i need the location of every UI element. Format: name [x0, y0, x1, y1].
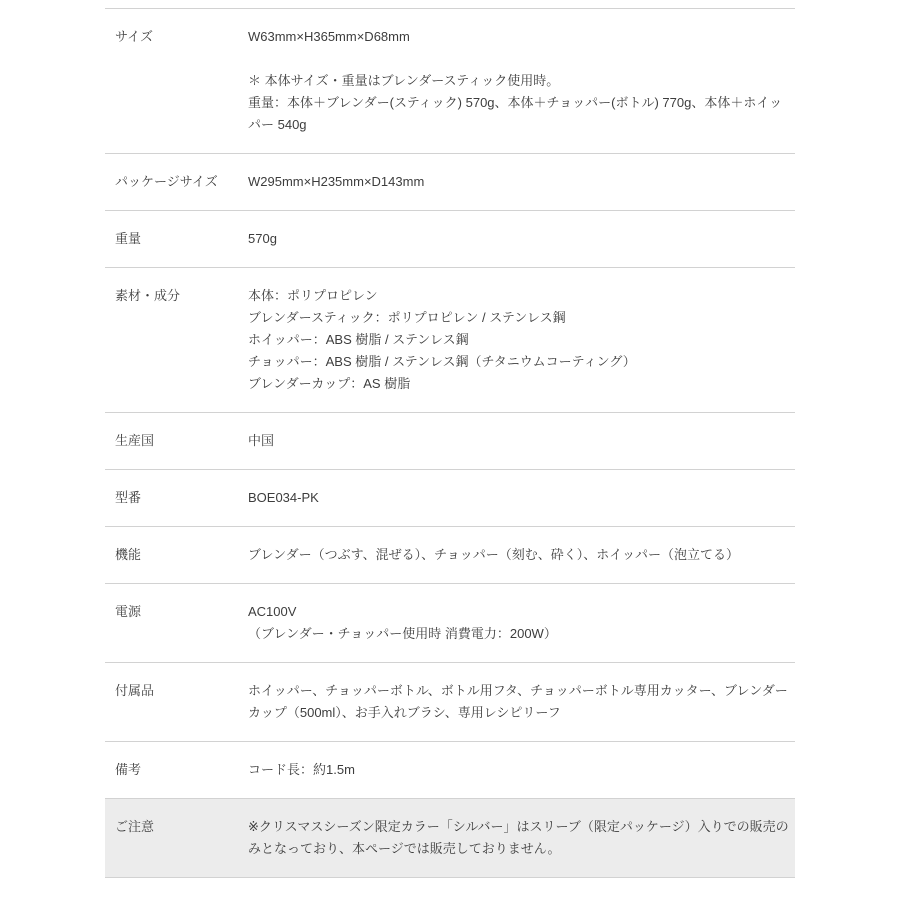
spec-label: ご注意 — [105, 816, 248, 838]
spec-row: 重量 570g — [105, 211, 795, 268]
spec-value-line: ※クリスマスシーズン限定カラー「シルバー」はスリーブ（限定パッケージ）入りでの販… — [248, 816, 793, 860]
spec-value-line: ブレンダーカップ：AS 樹脂 — [248, 373, 793, 395]
spec-label: 生産国 — [105, 430, 248, 452]
spec-row: ご注意 ※クリスマスシーズン限定カラー「シルバー」はスリーブ（限定パッケージ）入… — [105, 799, 795, 878]
spec-row: 電源 AC100V（ブレンダー・チョッパー使用時 消費電力：200W） — [105, 584, 795, 663]
spec-value-line: BOE034-PK — [248, 487, 793, 509]
spec-label: 電源 — [105, 601, 248, 623]
spec-label: 機能 — [105, 544, 248, 566]
spec-value: W63mm×H365mm×D68mm ＊ 本体サイズ・重量はブレンダースティック… — [248, 26, 795, 136]
spec-value-line: ホイッパー、チョッパーボトル、ボトル用フタ、チョッパーボトル専用カッター、ブレン… — [248, 680, 793, 724]
spec-value-line: 重量：本体＋ブレンダー(スティック) 570g、本体＋チョッパー(ボトル) 77… — [248, 92, 793, 136]
spec-row: 素材・成分 本体：ポリプロピレンブレンダースティック：ポリプロピレン / ステン… — [105, 268, 795, 413]
spec-value: AC100V（ブレンダー・チョッパー使用時 消費電力：200W） — [248, 601, 795, 645]
spec-value-line: チョッパー：ABS 樹脂 / ステンレス鋼（チタニウムコーティング） — [248, 351, 793, 373]
spec-row: 機能 ブレンダー（つぶす、混ぜる）、チョッパー（刻む、砕く）、ホイッパー（泡立て… — [105, 527, 795, 584]
spec-row: サイズ W63mm×H365mm×D68mm ＊ 本体サイズ・重量はブレンダース… — [105, 9, 795, 154]
spec-value-line: 本体：ポリプロピレン — [248, 285, 793, 307]
spec-label: パッケージサイズ — [105, 171, 248, 193]
spec-table: サイズ W63mm×H365mm×D68mm ＊ 本体サイズ・重量はブレンダース… — [105, 8, 795, 878]
spec-value: ※クリスマスシーズン限定カラー「シルバー」はスリーブ（限定パッケージ）入りでの販… — [248, 816, 795, 860]
spec-value: W295mm×H235mm×D143mm — [248, 171, 795, 193]
spec-value: BOE034-PK — [248, 487, 795, 509]
spec-value-line: W63mm×H365mm×D68mm — [248, 26, 793, 48]
spec-value-line: コード長：約1.5m — [248, 759, 793, 781]
spec-label: 備考 — [105, 759, 248, 781]
spec-value-line: ＊ 本体サイズ・重量はブレンダースティック使用時。 — [248, 70, 793, 92]
spec-row: 生産国 中国 — [105, 413, 795, 470]
spec-row: 型番 BOE034-PK — [105, 470, 795, 527]
spec-value-line: 中国 — [248, 430, 793, 452]
spec-value-line: ホイッパー：ABS 樹脂 / ステンレス鋼 — [248, 329, 793, 351]
spec-label: 付属品 — [105, 680, 248, 702]
spec-row: パッケージサイズ W295mm×H235mm×D143mm — [105, 154, 795, 211]
spec-value-line: W295mm×H235mm×D143mm — [248, 171, 793, 193]
spec-value: ブレンダー（つぶす、混ぜる）、チョッパー（刻む、砕く）、ホイッパー（泡立てる） — [248, 544, 795, 566]
spec-value: 570g — [248, 228, 795, 250]
spec-value-blank-line — [248, 48, 793, 70]
spec-label: サイズ — [105, 26, 248, 48]
product-spec-page: { "page": { "background_color": "#ffffff… — [0, 0, 900, 900]
spec-label: 素材・成分 — [105, 285, 248, 307]
spec-value: 本体：ポリプロピレンブレンダースティック：ポリプロピレン / ステンレス鋼ホイッ… — [248, 285, 795, 395]
spec-value-line: （ブレンダー・チョッパー使用時 消費電力：200W） — [248, 623, 793, 645]
spec-value-line: ブレンダースティック：ポリプロピレン / ステンレス鋼 — [248, 307, 793, 329]
spec-row: 備考 コード長：約1.5m — [105, 742, 795, 799]
spec-label: 重量 — [105, 228, 248, 250]
spec-label: 型番 — [105, 487, 248, 509]
spec-value: コード長：約1.5m — [248, 759, 795, 781]
spec-value: 中国 — [248, 430, 795, 452]
spec-value-line: 570g — [248, 228, 793, 250]
spec-value-line: AC100V — [248, 601, 793, 623]
spec-row: 付属品 ホイッパー、チョッパーボトル、ボトル用フタ、チョッパーボトル専用カッター… — [105, 663, 795, 742]
spec-value-line: ブレンダー（つぶす、混ぜる）、チョッパー（刻む、砕く）、ホイッパー（泡立てる） — [248, 544, 793, 566]
spec-value: ホイッパー、チョッパーボトル、ボトル用フタ、チョッパーボトル専用カッター、ブレン… — [248, 680, 795, 724]
